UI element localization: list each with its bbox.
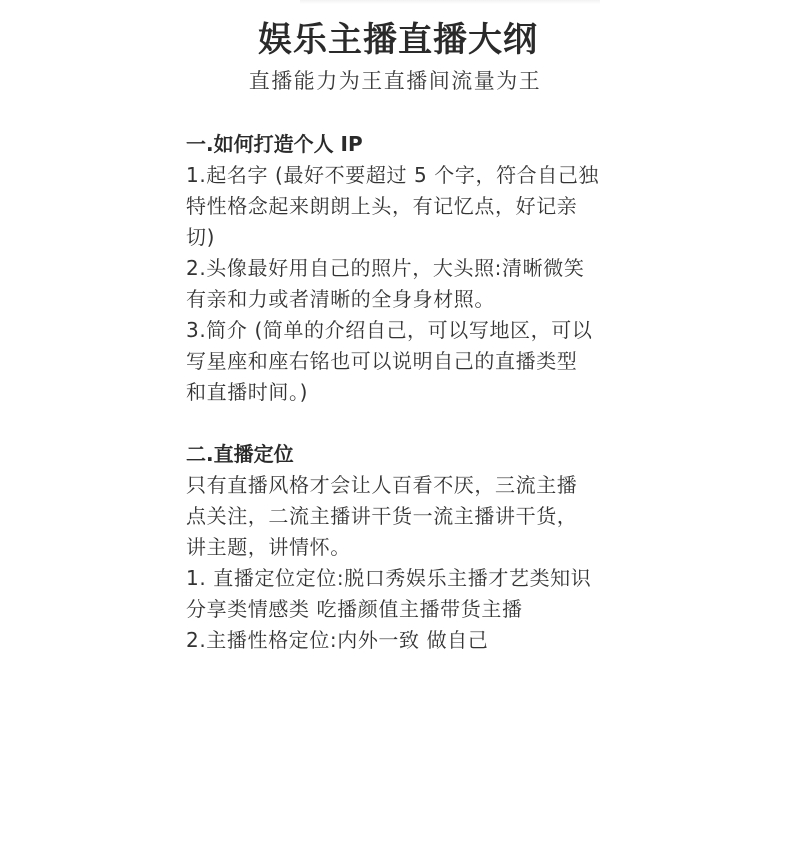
- text-line: 分享类情感类 吃播颜值主播带货主播: [186, 594, 616, 625]
- text-line: 特性格念起来朗朗上头，有记忆点，好记亲: [186, 191, 616, 222]
- text-line: 1. 直播定位定位:脱口秀娱乐主播才艺类知识: [186, 563, 616, 594]
- text-line: 1.起名字 (最好不要超过 5 个字，符合自己独: [186, 160, 616, 191]
- page-subtitle: 直播能力为王直播间流量为王: [0, 66, 790, 96]
- text-line: 3.简介 (简单的介绍自己，可以写地区，可以: [186, 315, 616, 346]
- outline-content: 一.如何打造个人 IP 1.起名字 (最好不要超过 5 个字，符合自己独 特性格…: [186, 129, 616, 656]
- text-line: 讲主题，讲情怀。: [186, 532, 616, 563]
- page-title: 娱乐主播直播大纲: [0, 18, 796, 62]
- text-line: 只有直播风格才会让人百看不厌，三流主播: [186, 470, 616, 501]
- section-heading: 二.直播定位: [186, 439, 616, 470]
- text-line: 和直播时间。): [186, 377, 616, 408]
- text-line: 写星座和座右铭也可以说明自己的直播类型: [186, 346, 616, 377]
- document-page: 娱乐主播直播大纲 直播能力为王直播间流量为王 一.如何打造个人 IP 1.起名字…: [0, 0, 800, 841]
- top-edge-shadow: [300, 0, 600, 4]
- section-personal-ip: 一.如何打造个人 IP 1.起名字 (最好不要超过 5 个字，符合自己独 特性格…: [186, 129, 616, 408]
- section-live-positioning: 二.直播定位 只有直播风格才会让人百看不厌，三流主播 点关注，二流主播讲干货一流…: [186, 439, 616, 656]
- section-heading: 一.如何打造个人 IP: [186, 129, 616, 160]
- text-line: 2.头像最好用自己的照片，大头照:清晰微笑: [186, 253, 616, 284]
- text-line: 切): [186, 222, 616, 253]
- text-line: 有亲和力或者清晰的全身身材照。: [186, 284, 616, 315]
- text-line: 2.主播性格定位:内外一致 做自己: [186, 625, 616, 656]
- text-line: 点关注，二流主播讲干货一流主播讲干货，: [186, 501, 616, 532]
